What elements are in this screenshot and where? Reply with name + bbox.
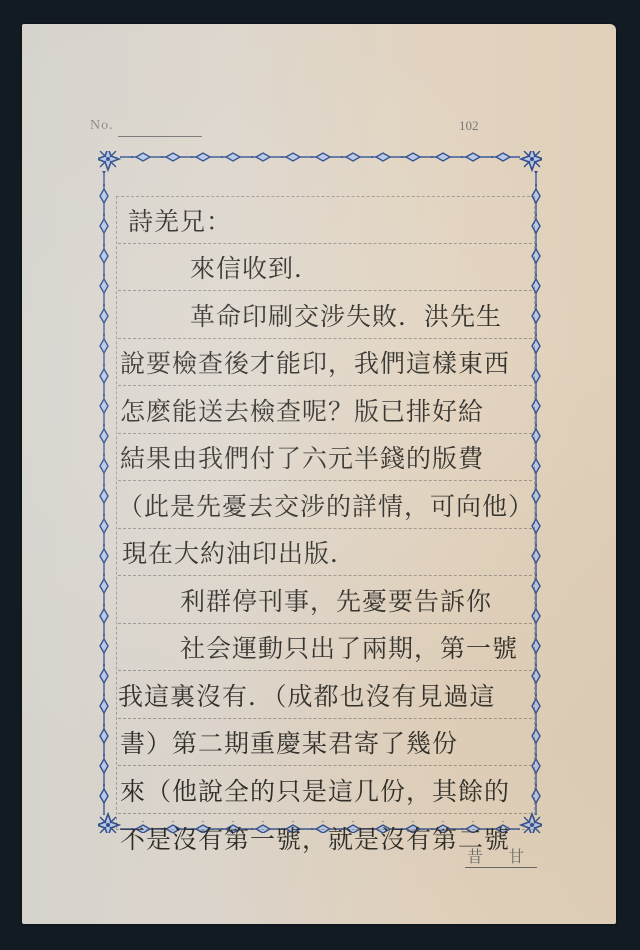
letter-line: 書）第二期重慶某君寄了幾份 — [118, 719, 532, 767]
salutation: 詩羌兄： — [128, 202, 232, 238]
letter-body: 詩羌兄： 來信收到． 革命印刷交涉失敗．洪先生 說要檢查後才能印，我們這樣東西 … — [118, 196, 532, 861]
letter-line-text: 利群停刊事，先憂要告訴你 — [180, 582, 492, 618]
letter-line-text: 革命印刷交涉失敗．洪先生 — [190, 297, 502, 333]
footer-stamp: 昔 甘 — [467, 844, 534, 867]
letter-line-text: 書）第二期重慶某君寄了幾份 — [120, 724, 458, 760]
letter-line-text: 怎麽能送去檢查呢？版已排好給 — [120, 392, 484, 428]
letter-line-text: 社会運動只出了兩期，第一號 — [180, 629, 518, 665]
letter-line: 革命印刷交涉失敗．洪先生 — [118, 291, 532, 339]
letter-line: 現在大約油印出版． — [118, 529, 532, 577]
footer-stamp-underline — [465, 867, 537, 868]
letter-line: 我這裏沒有．（成都也沒有見過這 — [118, 671, 532, 719]
letter-line-text: 來（他說全的只是這几份，其餘的 — [120, 772, 510, 808]
letter-line-text: 說要檢查後才能印，我們這樣東西 — [120, 344, 510, 380]
page-number: 102 — [459, 118, 479, 134]
letter-line-text: 現在大約油印出版． — [122, 534, 356, 570]
letter-line: 社会運動只出了兩期，第一號 — [118, 624, 532, 672]
letter-line: （此是先憂去交涉的詳情，可向他） — [118, 481, 532, 529]
letter-line-text: 不是沒有第一號，就是沒有第二號 — [120, 820, 510, 856]
letter-line-text: 我這裏沒有．（成都也沒有見過這 — [118, 677, 496, 713]
letter-line: 利群停刊事，先憂要告訴你 — [118, 576, 532, 624]
letter-line: 來信收到． — [118, 244, 532, 292]
letter-line-text: 來信收到． — [190, 249, 320, 285]
letter-line: 說要檢查後才能印，我們這樣東西 — [118, 339, 532, 387]
letter-line: 結果由我們付了六元半錢的版費 — [118, 434, 532, 482]
header-number-label: No. — [90, 118, 114, 134]
letter-line: 來（他說全的只是這几份，其餘的 — [118, 766, 532, 814]
letter-paper: No. 102 — [22, 24, 616, 924]
letter-line-text: （此是先憂去交涉的詳情，可向他） — [118, 487, 534, 523]
letter-line: 詩羌兄： — [118, 196, 532, 244]
header-number-underline — [118, 136, 202, 137]
letter-line: 怎麽能送去檢查呢？版已排好給 — [118, 386, 532, 434]
letter-line-text: 結果由我們付了六元半錢的版費 — [120, 439, 484, 475]
